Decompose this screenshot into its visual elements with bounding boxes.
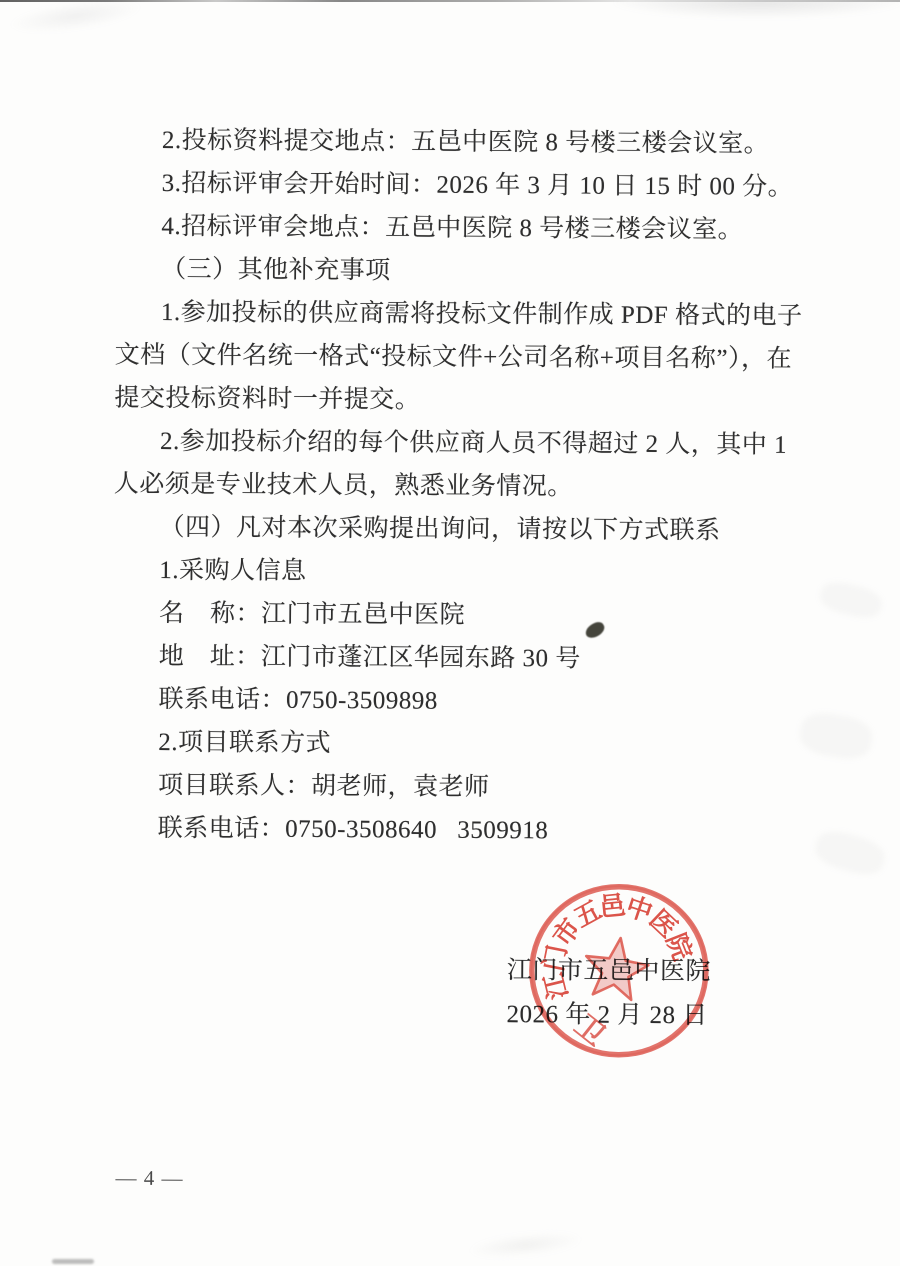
text-line: 地 址：江门市蓬江区华园东路 30 号 bbox=[113, 636, 581, 681]
text-line: 项目联系人：胡老师，袁老师 bbox=[112, 765, 490, 809]
text-line: 2.投标资料提交地点：五邑中医院 8 号楼三楼会议室。 bbox=[116, 120, 770, 166]
text-line: （四）凡对本次采购提出询问，请按以下方式联系 bbox=[113, 507, 720, 553]
text-line: 文档（文件名统一格式“投标文件+公司名称+项目名称”），在 bbox=[114, 335, 792, 381]
text-line: 4.招标评审会地点：五邑中医院 8 号楼三楼会议室。 bbox=[115, 206, 743, 252]
star-icon bbox=[586, 938, 649, 1000]
text-line: 3.招标评审会开始时间：2026 年 3 月 10 日 15 时 00 分。 bbox=[116, 163, 794, 209]
text-line: 提交投标资料时一并提交。 bbox=[114, 378, 420, 422]
text-line: 2.参加投标介绍的每个供应商人员不得超过 2 人，其中 1 bbox=[114, 421, 787, 467]
official-red-seal: 江门市五邑中医院 卫 bbox=[518, 870, 719, 1071]
ink-speck bbox=[583, 620, 607, 641]
text-line: 2.项目联系方式 bbox=[112, 722, 331, 765]
text-line: （三）其他补充事项 bbox=[115, 249, 391, 293]
text-line: 联系电话：0750-3509898 bbox=[112, 679, 438, 723]
scanned-document-page: { "page": { "number_label": "— 4 —", "te… bbox=[0, 0, 900, 1266]
text-line: 1.采购人信息 bbox=[113, 550, 307, 593]
text-line: 人必须是专业技术人员，熟悉业务情况。 bbox=[114, 464, 573, 509]
document-sheet: 2.投标资料提交地点：五邑中医院 8 号楼三楼会议室。3.招标评审会开始时间：2… bbox=[0, 0, 900, 1266]
page-number: — 4 — bbox=[116, 1166, 184, 1191]
text-line: 1.参加投标的供应商需将投标文件制作成 PDF 格式的电子 bbox=[115, 292, 803, 338]
text-line: 联系电话：0750-3508640 3509918 bbox=[112, 808, 549, 853]
text-line: 名 称：江门市五邑中医院 bbox=[113, 593, 465, 637]
